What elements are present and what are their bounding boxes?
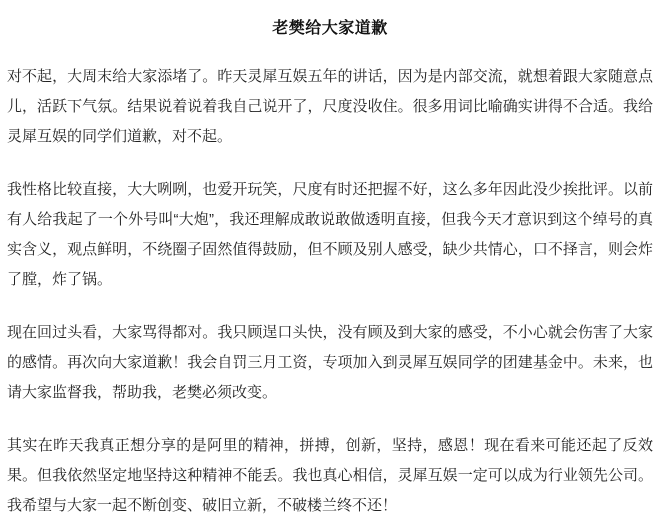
- page-title: 老樊给大家道歉: [7, 14, 653, 44]
- paragraph-1: 对不起，大周末给大家添堵了。昨天灵犀互娱五年的讲话，因为是内部交流，就想着跟大家…: [7, 62, 653, 152]
- paragraph-3: 现在回过头看，大家骂得都对。我只顾逞口头快，没有顾及到大家的感受，不小心就会伤害…: [7, 318, 653, 408]
- paragraph-2: 我性格比较直接，大大咧咧，也爱开玩笑，尺度有时还把握不好，这么多年因此没少挨批评…: [7, 175, 653, 295]
- apology-document: 老樊给大家道歉 对不起，大周末给大家添堵了。昨天灵犀互娱五年的讲话，因为是内部交…: [0, 0, 660, 518]
- paragraph-4: 其实在昨天我真正想分享的是阿里的精神，拼搏，创新，坚持，感恩！现在看来可能还起了…: [7, 431, 653, 518]
